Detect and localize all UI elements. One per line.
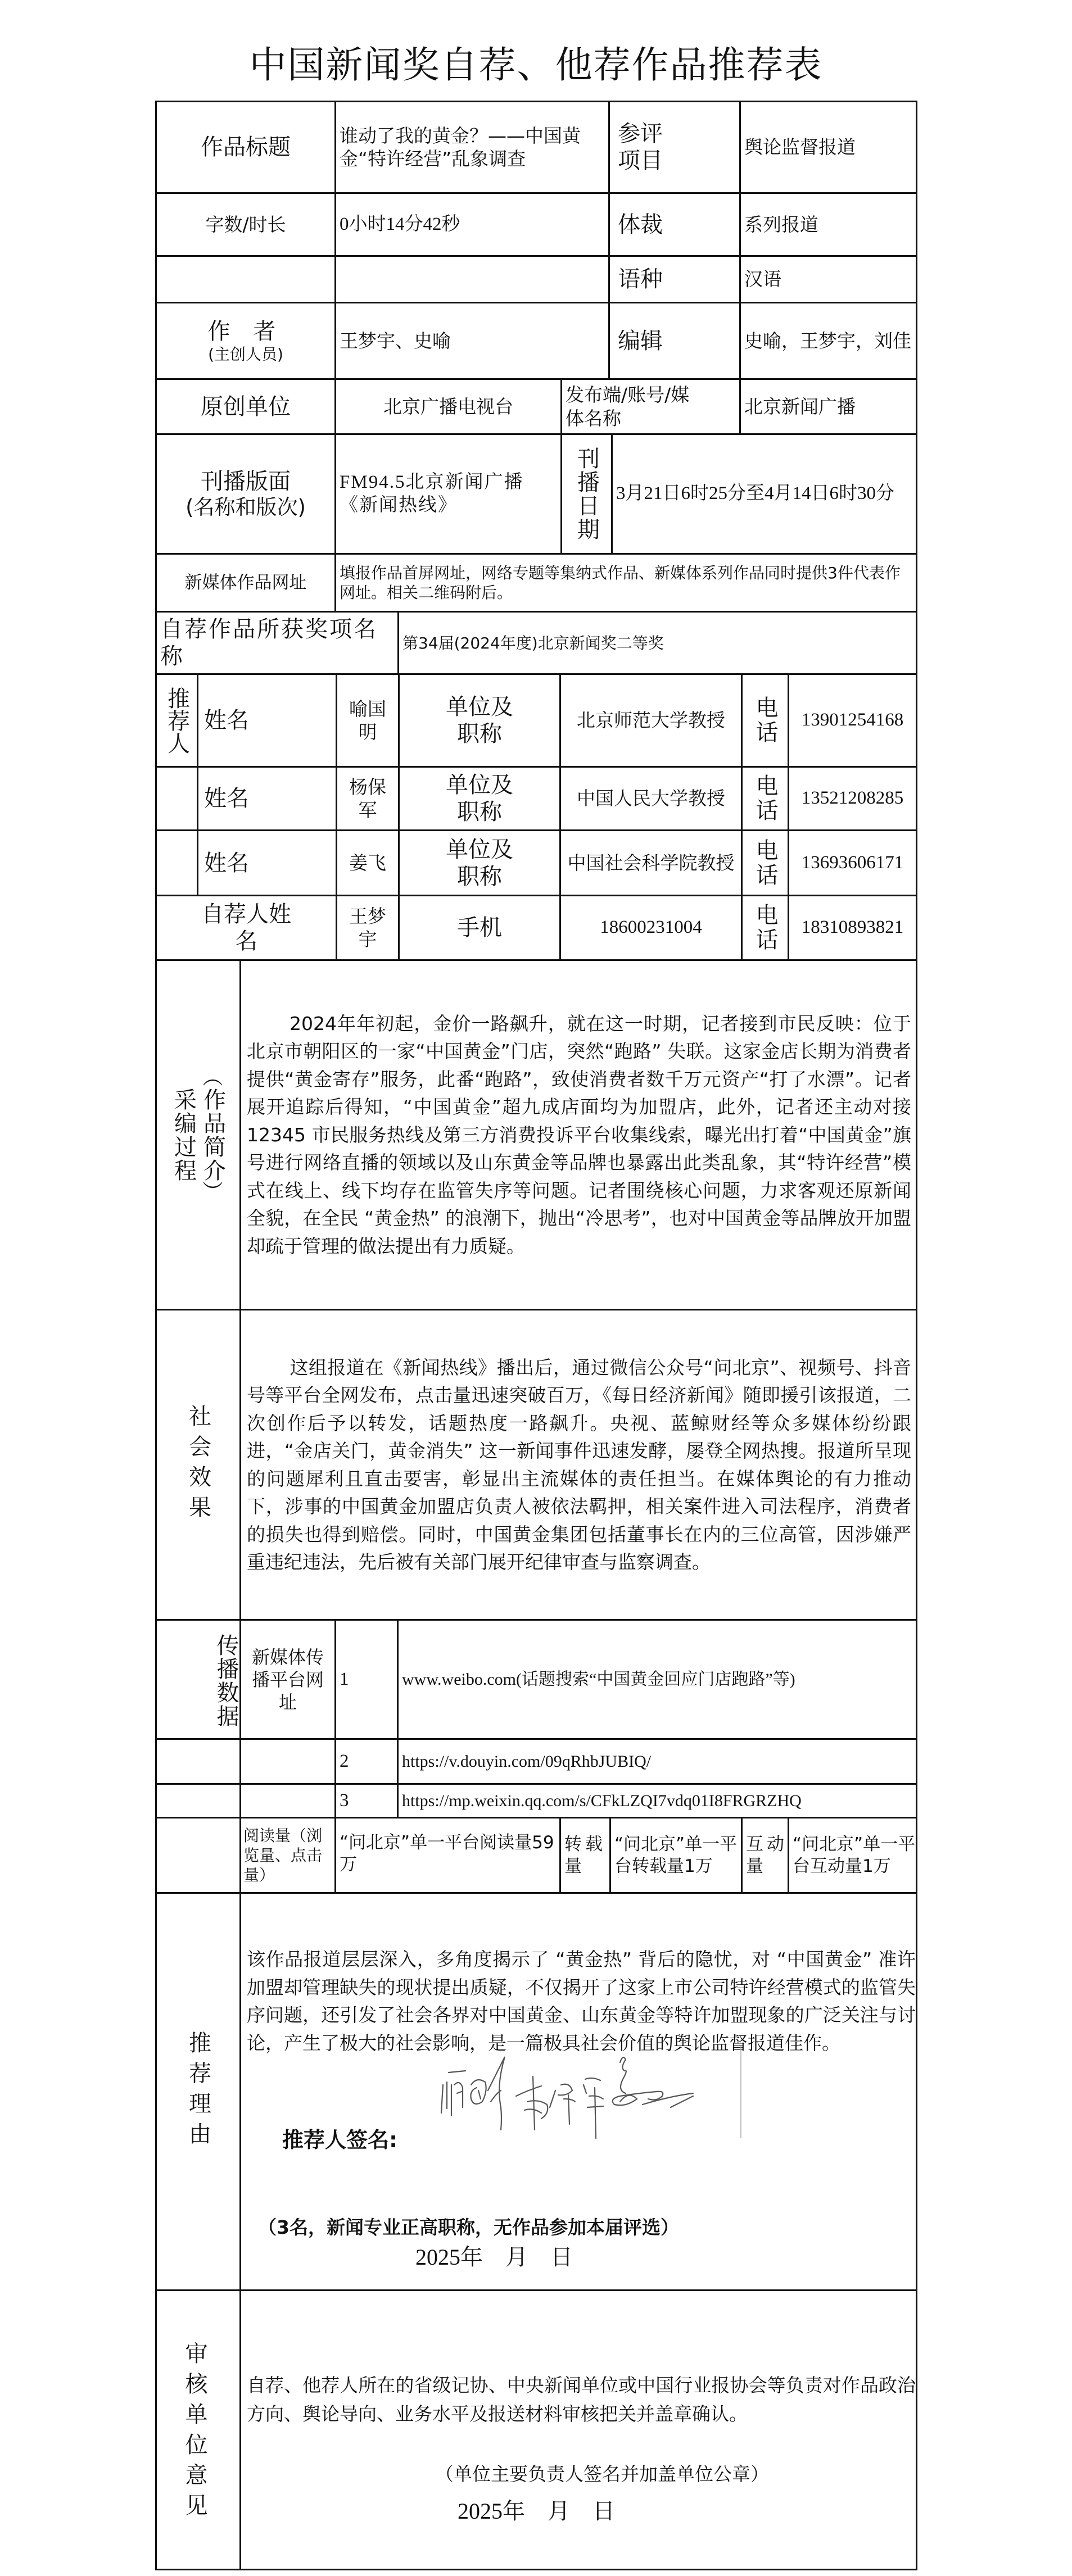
author-value: 王梦宇、史喻 bbox=[340, 329, 451, 352]
author-sublabel: (主创人员) bbox=[208, 345, 283, 364]
rec3-unit-cell: 中国社会科学院教授 bbox=[559, 829, 743, 896]
review-note: （单位主要负责人签名并加盖单位公章） bbox=[435, 2460, 769, 2486]
rec2-name: 杨保军 bbox=[348, 775, 387, 822]
language-value: 汉语 bbox=[744, 267, 781, 291]
review-label: 审核单位意见 bbox=[173, 2339, 224, 2521]
spread-label: 传播数据 bbox=[212, 1634, 239, 1728]
interactions-label: 互动量 bbox=[746, 1834, 788, 1877]
date-value-cell: 3月21日6时25分至4月14日6时30分 bbox=[611, 433, 917, 555]
category-label: 参评项目 bbox=[618, 120, 668, 174]
url1-num: 1 bbox=[340, 1668, 349, 1691]
rec2-unit-label: 单位及职称 bbox=[443, 772, 516, 826]
edition-value: FM94.5北京新闻广播《新闻热线》 bbox=[340, 471, 560, 518]
recommenders-label: 推荐人 bbox=[164, 687, 191, 754]
rec2-name-label-cell: 姓名 bbox=[197, 766, 337, 831]
reads-label-cell: 阅读量（浏览量、点击量） bbox=[239, 1817, 336, 1894]
mobile-value: 18600231004 bbox=[600, 916, 702, 939]
mobile-label: 手机 bbox=[457, 914, 502, 941]
title-label-cell: 作品标题 bbox=[155, 101, 336, 194]
rec1-unit-label-cell: 单位及职称 bbox=[398, 673, 561, 768]
edition-label: 刊播版面 bbox=[201, 468, 291, 495]
interactions-value: “问北京”单一平台互动量1万 bbox=[793, 1834, 916, 1877]
edition-value-cell: FM94.5北京新闻广播《新闻热线》 bbox=[334, 433, 562, 555]
rec2-phone: 13521208285 bbox=[802, 787, 904, 810]
rec2-phone-label-cell: 电话 bbox=[741, 766, 789, 831]
award-value-cell: 第34届(2024年度)北京新闻奖二等奖 bbox=[397, 611, 917, 675]
rec3-unit: 中国社会科学院教授 bbox=[567, 851, 735, 874]
unit-value: 北京广播电视台 bbox=[383, 395, 513, 418]
rec1-phone-cell: 13901254168 bbox=[788, 673, 917, 768]
signature-label: 推荐人签名: bbox=[282, 2123, 397, 2153]
editor-value-cell: 史喻，王梦宇，刘佳 bbox=[739, 302, 917, 380]
rec3-phone-label-cell: 电话 bbox=[741, 829, 789, 896]
reason-text: 该作品报道层层深入，多角度揭示了 “黄金热” 背后的隐忧，对 “中国黄金” 准许… bbox=[241, 1945, 917, 2057]
rec2-unit-label-cell: 单位及职称 bbox=[398, 766, 561, 831]
length-label-cell: 字数/时长 bbox=[155, 192, 336, 257]
mobile-label-cell: 手机 bbox=[398, 895, 561, 961]
unit-value-cell: 北京广播电视台 bbox=[334, 378, 562, 435]
rec1-unit: 北京师范大学教授 bbox=[577, 709, 725, 732]
reason-cell: 该作品报道层层深入，多角度揭示了 “黄金热” 背后的隐忧，对 “中国黄金” 准许… bbox=[239, 1892, 917, 2291]
title-value-cell: 谁动了我的黄金？——中国黄金“特许经营”乱象调查 bbox=[334, 101, 610, 194]
url-label-cell: 新媒体传播平台网址 bbox=[239, 1619, 336, 1740]
intro-label: 作品简介 bbox=[200, 1088, 227, 1182]
review-text: 自荐、他荐人所在的省级记协、中央新闻单位或中国行业报协会等负责对作品政治方向、舆… bbox=[241, 2371, 917, 2428]
title-label: 作品标题 bbox=[201, 134, 291, 161]
effect-text: 这组报道在《新闻热线》播出后，通过微信公众号“问北京”、视频号、抖音号等平台全网… bbox=[247, 1357, 911, 1573]
rec2-phone-label: 电话 bbox=[752, 774, 779, 823]
language-label-cell: 语种 bbox=[608, 255, 741, 303]
publisher-label-cell: 发布端/账号/媒体名称 bbox=[560, 378, 741, 435]
review-date: 2025年 月 日 bbox=[458, 2493, 615, 2525]
process-label: 采编过程 bbox=[170, 1088, 197, 1182]
url3-num: 3 bbox=[340, 1789, 349, 1812]
work-title: 谁动了我的黄金？——中国黄金“特许经营”乱象调查 bbox=[340, 124, 608, 171]
self-phone-cell: 18310893821 bbox=[788, 895, 917, 961]
self-name-cell: 王梦宇 bbox=[336, 895, 400, 961]
review-cell: 自荐、他荐人所在的省级记协、中央新闻单位或中国行业报协会等负责对作品政治方向、舆… bbox=[239, 2289, 917, 2570]
date-label: 刊播日期 bbox=[573, 447, 600, 541]
language-label: 语种 bbox=[618, 266, 663, 293]
editor-value: 史喻，王梦宇，刘佳 bbox=[744, 329, 911, 352]
rec1-name-label-cell: 姓名 bbox=[197, 673, 337, 768]
language-value-cell: 汉语 bbox=[739, 255, 917, 303]
url2-num-cell: 2 bbox=[334, 1738, 399, 1785]
award-label-cell: 自荐作品所获奖项名称 bbox=[155, 611, 399, 675]
newmedia-value: 填报作品首屏网址，网络专题等集纳式作品、新媒体系列作品同时提供3件代表作网址。相… bbox=[340, 563, 916, 602]
empty-cell bbox=[155, 766, 198, 831]
reason-label-cell: 推荐理由 bbox=[155, 1892, 241, 2291]
url2-cell: https://v.douyin.com/09qRhbJUBIQ/ bbox=[397, 1738, 917, 1785]
genre-value-cell: 系列报道 bbox=[739, 192, 917, 257]
reason-label: 推荐理由 bbox=[185, 2031, 212, 2152]
self-phone: 18310893821 bbox=[802, 916, 904, 939]
process-label-cell: 采编过程 ︵ 作品简介 ︶ bbox=[155, 959, 241, 1310]
rec1-unit-label: 单位及职称 bbox=[443, 693, 516, 747]
rec3-name: 姜飞 bbox=[349, 851, 386, 874]
rec3-name-label: 姓名 bbox=[204, 850, 249, 877]
rec2-name-label: 姓名 bbox=[204, 785, 249, 812]
length-label: 字数/时长 bbox=[205, 213, 286, 236]
review-label-cell: 审核单位意见 bbox=[155, 2289, 241, 2570]
rec1-phone: 13901254168 bbox=[802, 709, 904, 732]
url3-link[interactable]: https://mp.weixin.qq.com/s/CFkLZQI7vdq01… bbox=[402, 1790, 802, 1812]
url3-cell: https://mp.weixin.qq.com/s/CFkLZQI7vdq01… bbox=[397, 1783, 917, 1818]
rec3-phone: 13693606171 bbox=[802, 851, 904, 874]
empty-cell bbox=[155, 1817, 241, 1894]
self-name: 王梦宇 bbox=[348, 905, 387, 951]
url1-num-cell: 1 bbox=[334, 1619, 399, 1740]
rec3-unit-label-cell: 单位及职称 bbox=[398, 829, 561, 896]
empty-cell bbox=[239, 1738, 336, 1785]
editor-label: 编辑 bbox=[618, 328, 663, 355]
date-value: 3月21日6时25分至4月14日6时30分 bbox=[616, 482, 894, 505]
reads-value-cell: “问北京”单一平台阅读量59万 bbox=[334, 1817, 561, 1894]
empty-cell bbox=[155, 1783, 241, 1818]
signature-image bbox=[435, 2046, 749, 2141]
page-title: 中国新闻奖自荐、他荐作品推荐表 bbox=[0, 35, 1072, 88]
rec3-name-cell: 姜飞 bbox=[336, 829, 400, 896]
reason-note: （3名，新闻专业正高职称，无作品参加本届评选） bbox=[258, 2213, 679, 2239]
rec2-phone-cell: 13521208285 bbox=[788, 766, 917, 831]
rec3-phone-cell: 13693606171 bbox=[788, 829, 917, 896]
category-label-cell: 参评项目 bbox=[608, 101, 741, 194]
rec3-phone-label: 电话 bbox=[752, 838, 779, 888]
newmedia-label-cell: 新媒体作品网址 bbox=[155, 553, 336, 613]
date-label-cell: 刊播日期 bbox=[560, 433, 613, 555]
newmedia-label: 新媒体作品网址 bbox=[185, 572, 307, 594]
reposts-label-cell: 转载量 bbox=[559, 1817, 611, 1894]
url3-num-cell: 3 bbox=[334, 1783, 399, 1818]
self-phone-label-cell: 电话 bbox=[741, 895, 789, 961]
process-text: 2024年年初起，金价一路飙升，就在这一时期，记者接到市民反映：位于北京市朝阳区… bbox=[247, 1013, 911, 1257]
bracket-close-icon: ︶ bbox=[202, 1182, 223, 1203]
category-value: 舆论监督报道 bbox=[744, 135, 856, 158]
length-value: 0小时14分42秒 bbox=[340, 213, 460, 236]
rec2-name-cell: 杨保军 bbox=[336, 766, 400, 831]
unit-label-cell: 原创单位 bbox=[155, 378, 336, 435]
effect-text-cell: 这组报道在《新闻热线》播出后，通过微信公众号“问北京”、视频号、抖音号等平台全网… bbox=[239, 1309, 917, 1621]
author-value-cell: 王梦宇、史喻 bbox=[334, 302, 610, 380]
author-label-cell: 作 者 (主创人员) bbox=[155, 302, 336, 380]
self-phone-label: 电话 bbox=[752, 903, 779, 953]
self-label-cell: 自荐人姓名 bbox=[155, 895, 337, 961]
reason-date: 2025年 月 日 bbox=[415, 2239, 573, 2271]
recommenders-label-cell: 推荐人 bbox=[155, 673, 198, 768]
length-value-cell: 0小时14分42秒 bbox=[334, 192, 610, 257]
interactions-value-cell: “问北京”单一平台互动量1万 bbox=[788, 1817, 917, 1894]
unit-label: 原创单位 bbox=[201, 393, 291, 420]
url1-cell: www.weibo.com(话题搜索“中国黄金回应门店跑路”等) bbox=[397, 1619, 917, 1740]
reads-label: 阅读量（浏览量、点击量） bbox=[243, 1826, 334, 1885]
edition-label-cell: 刊播版面 (名称和版次) bbox=[155, 433, 336, 555]
genre-value: 系列报道 bbox=[744, 213, 818, 236]
rec1-phone-label-cell: 电话 bbox=[741, 673, 789, 768]
rec1-name-cell: 喻国明 bbox=[336, 673, 400, 768]
reads-value: “问北京”单一平台阅读量59万 bbox=[340, 1832, 559, 1876]
empty-cell bbox=[334, 255, 610, 303]
award-label: 自荐作品所获奖项名称 bbox=[160, 616, 397, 670]
effect-label: 社会效果 bbox=[185, 1404, 212, 1526]
empty-cell bbox=[155, 255, 336, 303]
publisher-label: 发布端/账号/媒体名称 bbox=[566, 383, 695, 430]
author-label: 作 者 bbox=[208, 318, 284, 345]
edition-sublabel: (名称和版次) bbox=[186, 495, 306, 520]
rec1-name: 喻国明 bbox=[348, 697, 387, 744]
self-label: 自荐人姓名 bbox=[196, 901, 297, 955]
rec1-unit-cell: 北京师范大学教授 bbox=[559, 673, 743, 768]
rec1-phone-label: 电话 bbox=[752, 696, 779, 745]
url-label: 新媒体传播平台网址 bbox=[246, 1646, 330, 1713]
genre-label-cell: 体裁 bbox=[608, 192, 741, 257]
effect-label-cell: 社会效果 bbox=[155, 1309, 241, 1621]
publisher-value-cell: 北京新闻广播 bbox=[739, 378, 917, 435]
rec2-unit-cell: 中国人民大学教授 bbox=[559, 766, 743, 831]
url2-num: 2 bbox=[340, 1750, 349, 1773]
mobile-value-cell: 18600231004 bbox=[559, 895, 743, 961]
reposts-label: 转载量 bbox=[564, 1834, 609, 1877]
interactions-label-cell: 互动量 bbox=[741, 1817, 789, 1894]
empty-cell bbox=[155, 829, 198, 896]
reposts-value: “问北京”单一平台转载量1万 bbox=[614, 1834, 741, 1877]
editor-label-cell: 编辑 bbox=[608, 302, 741, 380]
publisher-value: 北京新闻广播 bbox=[744, 395, 856, 418]
rec2-unit: 中国人民大学教授 bbox=[577, 787, 725, 810]
category-value-cell: 舆论监督报道 bbox=[739, 101, 917, 194]
empty-cell bbox=[239, 1783, 336, 1818]
spread-label-cell: 传播数据 bbox=[155, 1619, 241, 1740]
reposts-value-cell: “问北京”单一平台转载量1万 bbox=[609, 1817, 743, 1894]
genre-label: 体裁 bbox=[618, 211, 663, 238]
bracket-open-icon: ︵ bbox=[202, 1068, 223, 1088]
rec3-name-label-cell: 姓名 bbox=[197, 829, 337, 896]
rec1-name-label: 姓名 bbox=[204, 707, 249, 734]
rec3-unit-label: 单位及职称 bbox=[443, 836, 516, 890]
process-text-cell: 2024年年初起，金价一路飙升，就在这一时期，记者接到市民反映：位于北京市朝阳区… bbox=[239, 959, 917, 1310]
newmedia-value-cell: 填报作品首屏网址，网络专题等集纳式作品、新媒体系列作品同时提供3件代表作网址。相… bbox=[334, 553, 917, 613]
empty-cell bbox=[155, 1738, 241, 1785]
url1-link[interactable]: www.weibo.com(话题搜索“中国黄金回应门店跑路”等) bbox=[402, 1669, 795, 1690]
award-value: 第34届(2024年度)北京新闻奖二等奖 bbox=[402, 633, 664, 653]
url2-link[interactable]: https://v.douyin.com/09qRhbJUBIQ/ bbox=[402, 1751, 651, 1772]
